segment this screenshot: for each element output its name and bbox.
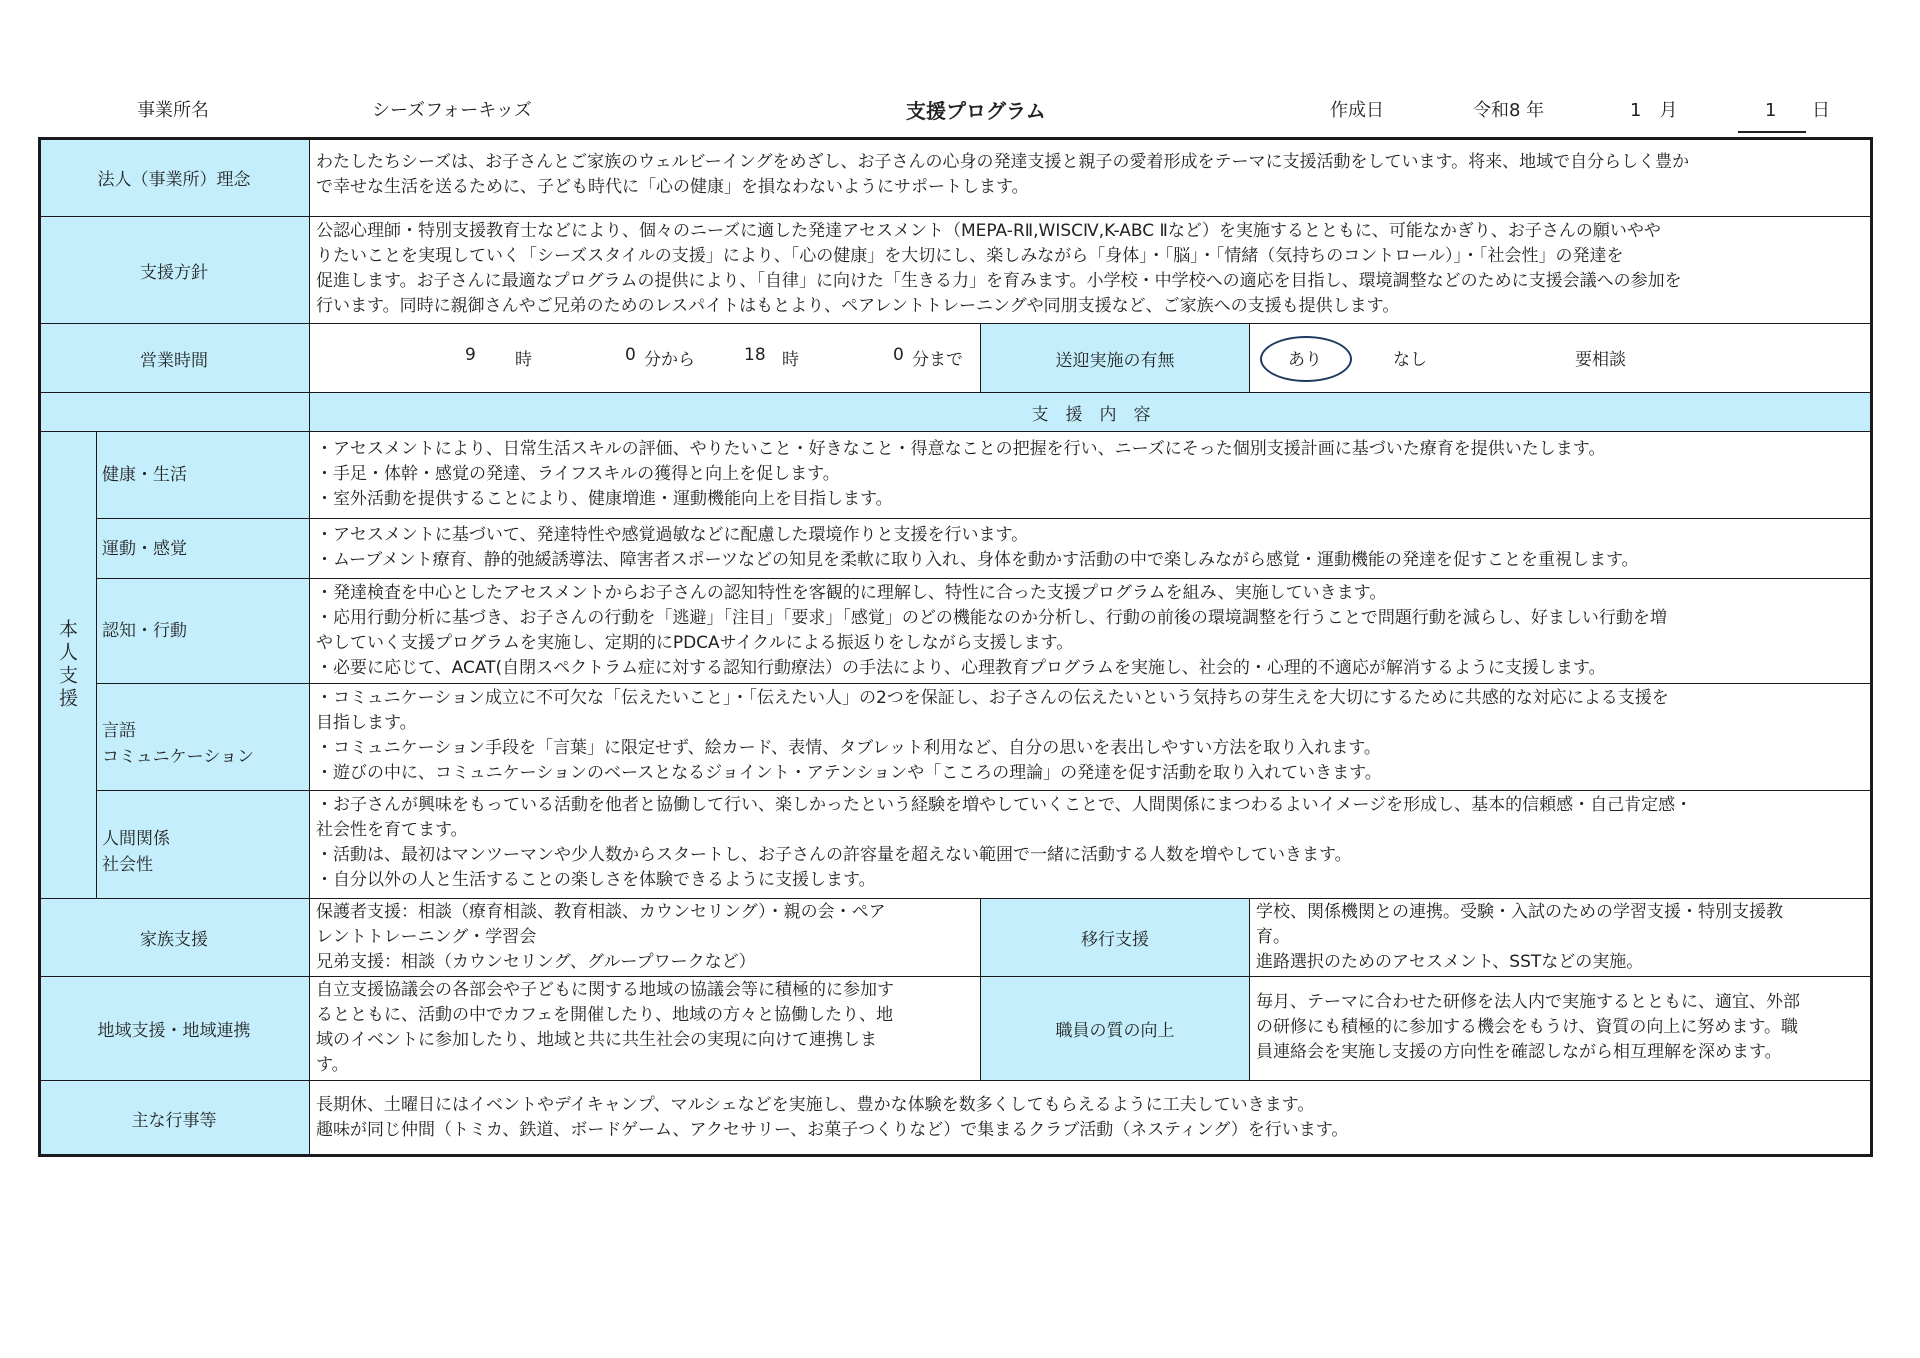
relationships-social-text: ・お子さんが興味をもっている活動を他者と協働して行い、楽しかったという経験を増や… bbox=[309, 790, 1873, 899]
cognition-behavior-label: 認知・行動 bbox=[96, 578, 310, 684]
transport-label: 送迎実施の有無 bbox=[980, 323, 1250, 393]
hours-value: 9 時 0 分から 18 時 0 分まで bbox=[309, 323, 981, 393]
created-month: 1 月 bbox=[1630, 98, 1677, 124]
policy-text: 公認心理師・特別支援教育士などにより、個々のニーズに適した発達アセスメント（ME… bbox=[309, 216, 1873, 324]
created-era-year: 令和8 年 bbox=[1473, 98, 1544, 124]
transport-option-no[interactable]: なし bbox=[1393, 345, 1427, 370]
family-support-text: 保護者支援：相談（療育相談、教育相談、カウンセリング）・親の会・ペア レントトレ… bbox=[309, 898, 981, 977]
cognition-behavior-text: ・発達検査を中心としたアセスメントからお子さんの認知特性を客観的に理解し、特性に… bbox=[309, 578, 1873, 684]
office-name: シーズフォーキッズ bbox=[372, 98, 532, 124]
motor-sensory-label: 運動・感覚 bbox=[96, 518, 310, 579]
community-support-text: 自立支援協議会の各部会や子どもに関する地域の協議会等に積極的に参加す るとともに… bbox=[309, 976, 981, 1081]
created-day-unit: 日 bbox=[1812, 98, 1830, 124]
page-title: 支援プログラム bbox=[906, 98, 1046, 124]
policy-label: 支援方針 bbox=[38, 216, 310, 324]
day-underline bbox=[1738, 131, 1806, 133]
hours-label: 営業時間 bbox=[38, 323, 310, 393]
created-day: 1 bbox=[1765, 98, 1776, 124]
health-life-text: ・アセスメントにより、日常生活スキルの評価、やりたいこと・好きなこと・得意なこと… bbox=[309, 431, 1873, 519]
transition-support-label: 移行支援 bbox=[980, 898, 1250, 977]
philosophy-text: わたしたちシーズは、お子さんとご家族のウェルビーイングをめざし、お子さんの心身の… bbox=[309, 137, 1873, 217]
created-label: 作成日 bbox=[1330, 98, 1384, 124]
content-header: 支 援 内 容 bbox=[309, 392, 1873, 432]
transport-option-yes[interactable]: あり bbox=[1288, 345, 1322, 370]
staff-quality-text: 毎月、テーマに合わせた研修を法人内で実施するとともに、適宜、外部 の研修にも積極… bbox=[1249, 976, 1873, 1081]
transition-support-text: 学校、関係機関との連携。受験・入試のための学習支援・特別支援教 育。 進路選択の… bbox=[1249, 898, 1873, 977]
language-communication-text: ・コミュニケーション成立に不可欠な「伝えたいこと」・「伝えたい人」の2つを保証し… bbox=[309, 683, 1873, 791]
health-life-label: 健康・生活 bbox=[96, 431, 310, 519]
philosophy-label: 法人（事業所）理念 bbox=[38, 137, 310, 217]
events-text: 長期休、土曜日にはイベントやデイキャンプ、マルシェなどを実施し、豊かな体験を数多… bbox=[309, 1080, 1873, 1157]
relationships-social-label: 人間関係 社会性 bbox=[96, 790, 310, 899]
office-label: 事業所名 bbox=[137, 98, 209, 124]
content-header-blank bbox=[38, 392, 310, 432]
transport-option-consult[interactable]: 要相談 bbox=[1575, 345, 1626, 370]
personal-support-label: 本人支援 bbox=[38, 431, 97, 899]
events-label: 主な行事等 bbox=[38, 1080, 310, 1157]
motor-sensory-text: ・アセスメントに基づいて、発達特性や感覚過敏などに配慮した環境作りと支援を行いま… bbox=[309, 518, 1873, 579]
staff-quality-label: 職員の質の向上 bbox=[980, 976, 1250, 1081]
transport-options: あり なし 要相談 bbox=[1249, 323, 1873, 393]
language-communication-label: 言語 コミュニケーション bbox=[96, 683, 310, 791]
family-support-label: 家族支援 bbox=[38, 898, 310, 977]
community-support-label: 地域支援・地域連携 bbox=[38, 976, 310, 1081]
